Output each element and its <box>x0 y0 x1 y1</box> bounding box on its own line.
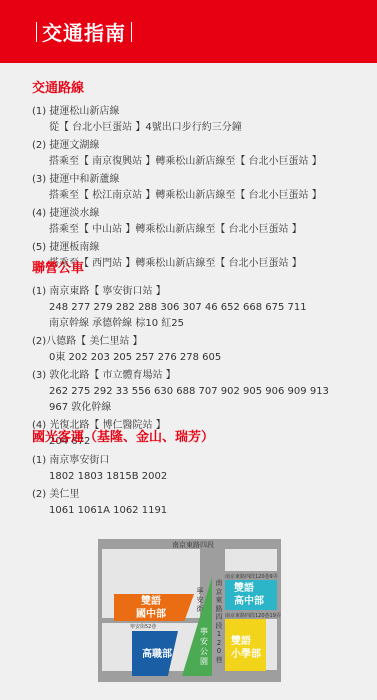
vocational-label: 高職部 <box>142 648 172 661</box>
kuokuang-item-head: (2) 美仁里 <box>32 487 214 503</box>
kuokuang-section-title: 國光客運（基隆、金山、瑞芳） <box>32 429 214 447</box>
high-school-label: 雙語 高中部 <box>234 582 264 608</box>
bus-lines: 南京幹線 承德幹線 棕10 紅25 <box>32 316 329 332</box>
junior-high-label: 雙語 國中部 <box>136 595 166 621</box>
mrt-item-head: (1) 捷運松山新店線 <box>32 104 322 120</box>
bus-lines: 248 277 279 282 288 306 307 46 652 668 6… <box>32 300 329 316</box>
park-label: 寧安公園 <box>200 627 208 667</box>
map-road-label: 南京東路四段120巷9弄 <box>225 573 278 580</box>
bus-item-head: (1) 南京東路【 寧安街口站 】 <box>32 284 329 300</box>
mrt-section-title: 交通路線 <box>32 80 322 98</box>
mrt-item-body: 搭乘至【 松江南京站 】轉乘松山新店線至【 台北小巨蛋站 】 <box>32 188 322 204</box>
kuokuang-section: 國光客運（基隆、金山、瑞芳） (1) 南京寧安街口 1802 1803 1815… <box>32 429 214 519</box>
map-road-label: 南京東路四段120巷 <box>215 579 223 664</box>
kuokuang-lines: 1802 1803 1815B 2002 <box>32 469 214 485</box>
bus-lines: 0東 202 203 205 257 276 278 605 <box>32 350 329 366</box>
map-road-label: 南京東路四段 <box>172 540 214 550</box>
bus-item-head: (3) 敦化北路【 市立體育場站 】 <box>32 368 329 384</box>
location-map: 南京東路四段 雙語 國中部 寧安街52巷 高職部 寧安街 寧安公園 南京東路四段… <box>98 539 281 682</box>
elementary-label: 雙語 小學部 <box>231 635 261 661</box>
page-title-text: 交通指南 <box>42 17 126 46</box>
mrt-item-body: 從【 台北小巨蛋站 】4號出口步行約三分鐘 <box>32 120 322 136</box>
page-title: 交通指南 <box>31 17 137 46</box>
bus-lines: 262 275 292 33 556 630 688 707 902 905 9… <box>32 384 329 400</box>
title-divider-right <box>131 22 132 42</box>
map-road-label: 寧安街52巷 <box>130 623 156 630</box>
bus-section-title: 聯營公車 <box>32 260 329 278</box>
mrt-item-head: (2) 捷運文湖線 <box>32 138 322 154</box>
mrt-section: 交通路線 (1) 捷運松山新店線 從【 台北小巨蛋站 】4號出口步行約三分鐘 (… <box>32 80 322 272</box>
title-divider-left <box>36 22 37 42</box>
mrt-item-head: (4) 捷運淡水線 <box>32 206 322 222</box>
bus-lines: 967 敦化幹線 <box>32 400 329 416</box>
mrt-item-body: 搭乘至【 中山站 】轉乘松山新店線至【 台北小巨蛋站 】 <box>32 222 322 238</box>
kuokuang-lines: 1061 1061A 1062 1191 <box>32 503 214 519</box>
mrt-item-body: 搭乘至【 南京復興站 】轉乘松山新店線至【 台北小巨蛋站 】 <box>32 154 322 170</box>
page-header: 交通指南 <box>0 0 377 63</box>
map-block <box>225 549 277 571</box>
kuokuang-item-head: (1) 南京寧安街口 <box>32 453 214 469</box>
mrt-item-head: (3) 捷運中和新蘆線 <box>32 172 322 188</box>
bus-section: 聯營公車 (1) 南京東路【 寧安街口站 】 248 277 279 282 2… <box>32 260 329 450</box>
bus-item-head: (2)八德路【 美仁里站 】 <box>32 334 329 350</box>
map-road-label: 南京東路四段120巷19弄 <box>225 612 281 619</box>
map-block <box>266 619 277 670</box>
mrt-item-head: (5) 捷運板南線 <box>32 240 322 256</box>
